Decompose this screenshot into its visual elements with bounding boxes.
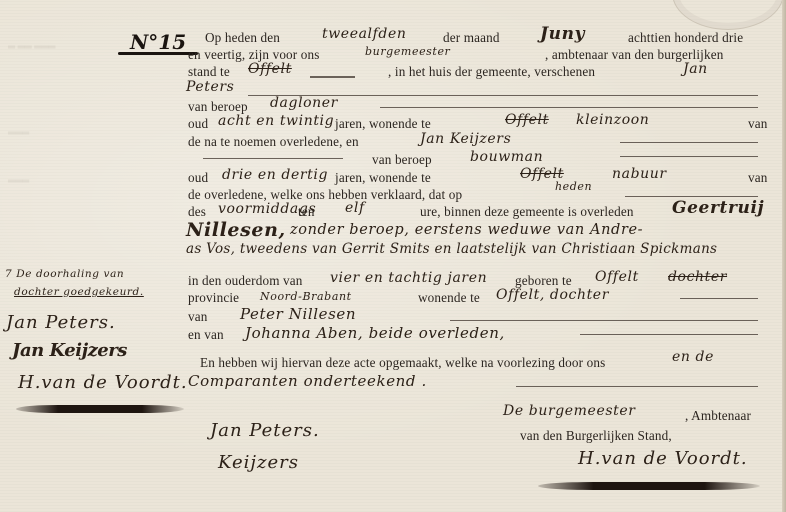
margin-note-line-2: dochter goedgekeurd. [14, 286, 144, 298]
fill-line [680, 298, 758, 299]
certificate-number: N°15 [130, 30, 186, 54]
embossed-seal [672, 0, 784, 30]
handwritten-official: burgemeester [365, 45, 450, 58]
handwritten-day: tweealfden [322, 26, 406, 42]
printed-text: van beroep [372, 152, 432, 168]
certificate-page: ═ ══ ═══ ═══ ═══ N°15 Op heden den tweea… [0, 0, 786, 512]
margin-note-line-1: 7 De doorhaling van [5, 268, 124, 280]
handwritten-birthplace: Offelt [595, 269, 639, 285]
printed-text: en van [188, 327, 224, 343]
handwritten-deceased-details: zonder beroep, eerstens weduwe van Andre… [290, 222, 643, 238]
printed-text: , in het huis der gemeente, verschenen [388, 64, 595, 80]
handwritten-occupation: dagloner [270, 95, 338, 111]
handwritten-struck-word: dochter [668, 269, 727, 285]
handwritten-place: Offelt [505, 112, 549, 128]
margin-signature-jan-peters: Jan Peters. [6, 312, 116, 333]
printed-text: van den Burgerlijken Stand, [520, 428, 672, 444]
printed-text: ten [298, 204, 315, 220]
bleed-through-text: ═══ [8, 176, 29, 187]
bleed-through-text: ═ ══ ═══ [8, 42, 56, 53]
fill-line [625, 196, 758, 197]
handwritten-age: acht en twintig [218, 113, 334, 129]
handwritten-deceased-surname: Nillesen, [186, 219, 286, 241]
fill-line [203, 158, 343, 159]
witness-signature-jan-peters: Jan Peters. [210, 420, 320, 441]
witness-signature-keijzers: Keijzers [218, 452, 299, 473]
page-edge [782, 0, 786, 512]
fill-line [620, 142, 758, 143]
printed-text: Op heden den [205, 30, 280, 46]
handwritten-residence: Offelt, dochter [496, 287, 609, 303]
margin-signature-official: H.van de Voordt. [18, 372, 188, 393]
handwritten-deceased-spouses: as Vos, tweedens van Gerrit Smits en laa… [186, 241, 717, 257]
printed-text: , Ambtenaar [685, 408, 751, 424]
handwritten-relation: nabuur [612, 166, 667, 182]
handwritten-text: Comparanten onderteekend . [188, 372, 427, 390]
printed-text: oud [188, 170, 208, 186]
handwritten-age: vier en tachtig jaren [330, 270, 487, 286]
fill-line [516, 386, 758, 387]
handwritten-occupation: bouwman [470, 149, 543, 165]
handwritten-month: Juny [540, 24, 585, 44]
handwritten-surname: Peters [186, 79, 234, 95]
printed-text: oud [188, 116, 208, 132]
handwritten-father: Peter Nillesen [240, 305, 356, 323]
official-signature: H.van de Voordt. [578, 448, 748, 469]
fill-line [580, 334, 758, 335]
printed-text: ure, binnen deze gemeente is overleden [420, 204, 634, 220]
printed-text: in den ouderdom van [188, 273, 303, 289]
number-underline [118, 52, 198, 55]
signature-flourish [538, 482, 760, 490]
printed-text: En hebben wij hiervan deze acte opgemaak… [200, 355, 605, 371]
bleed-through-text: ═══ [8, 128, 29, 139]
printed-text: achttien honderd drie [628, 30, 743, 46]
handwritten-name: Jan Keijzers [420, 131, 511, 147]
printed-text: der maand [443, 30, 500, 46]
fill-line [450, 320, 758, 321]
printed-text: des [188, 204, 206, 220]
printed-text: jaren, wonende te [335, 116, 431, 132]
printed-text: stand te [188, 64, 230, 80]
handwritten-place: Offelt [248, 61, 292, 77]
fill-line [620, 156, 758, 157]
handwritten-hour: elf [345, 200, 365, 216]
fill-line [310, 76, 355, 78]
printed-text: van [748, 170, 768, 186]
printed-text: van [188, 309, 208, 325]
fill-line [380, 107, 758, 108]
printed-text: van [748, 116, 768, 132]
margin-signature-keijzers: Jan Keijzers [12, 340, 127, 361]
handwritten-relation: kleinzoon [576, 112, 649, 128]
handwritten-official-title: De burgemeester [503, 403, 636, 419]
handwritten-date: heden [555, 180, 592, 193]
handwritten-province: Noord-Brabant [260, 290, 352, 303]
printed-text: jaren, wonende te [335, 170, 431, 186]
printed-text: wonende te [418, 290, 480, 306]
handwritten-age: drie en dertig [222, 167, 328, 183]
signature-flourish [16, 405, 184, 413]
handwritten-name: Jan [683, 61, 708, 77]
printed-text: provincie [188, 290, 239, 306]
handwritten-deceased-first-name: Geertruij [672, 198, 764, 218]
handwritten-mother: Johanna Aben, beide overleden, [245, 324, 505, 342]
handwritten-addition: en de [672, 349, 714, 365]
printed-text: de na te noemen overledene, en [188, 134, 359, 150]
